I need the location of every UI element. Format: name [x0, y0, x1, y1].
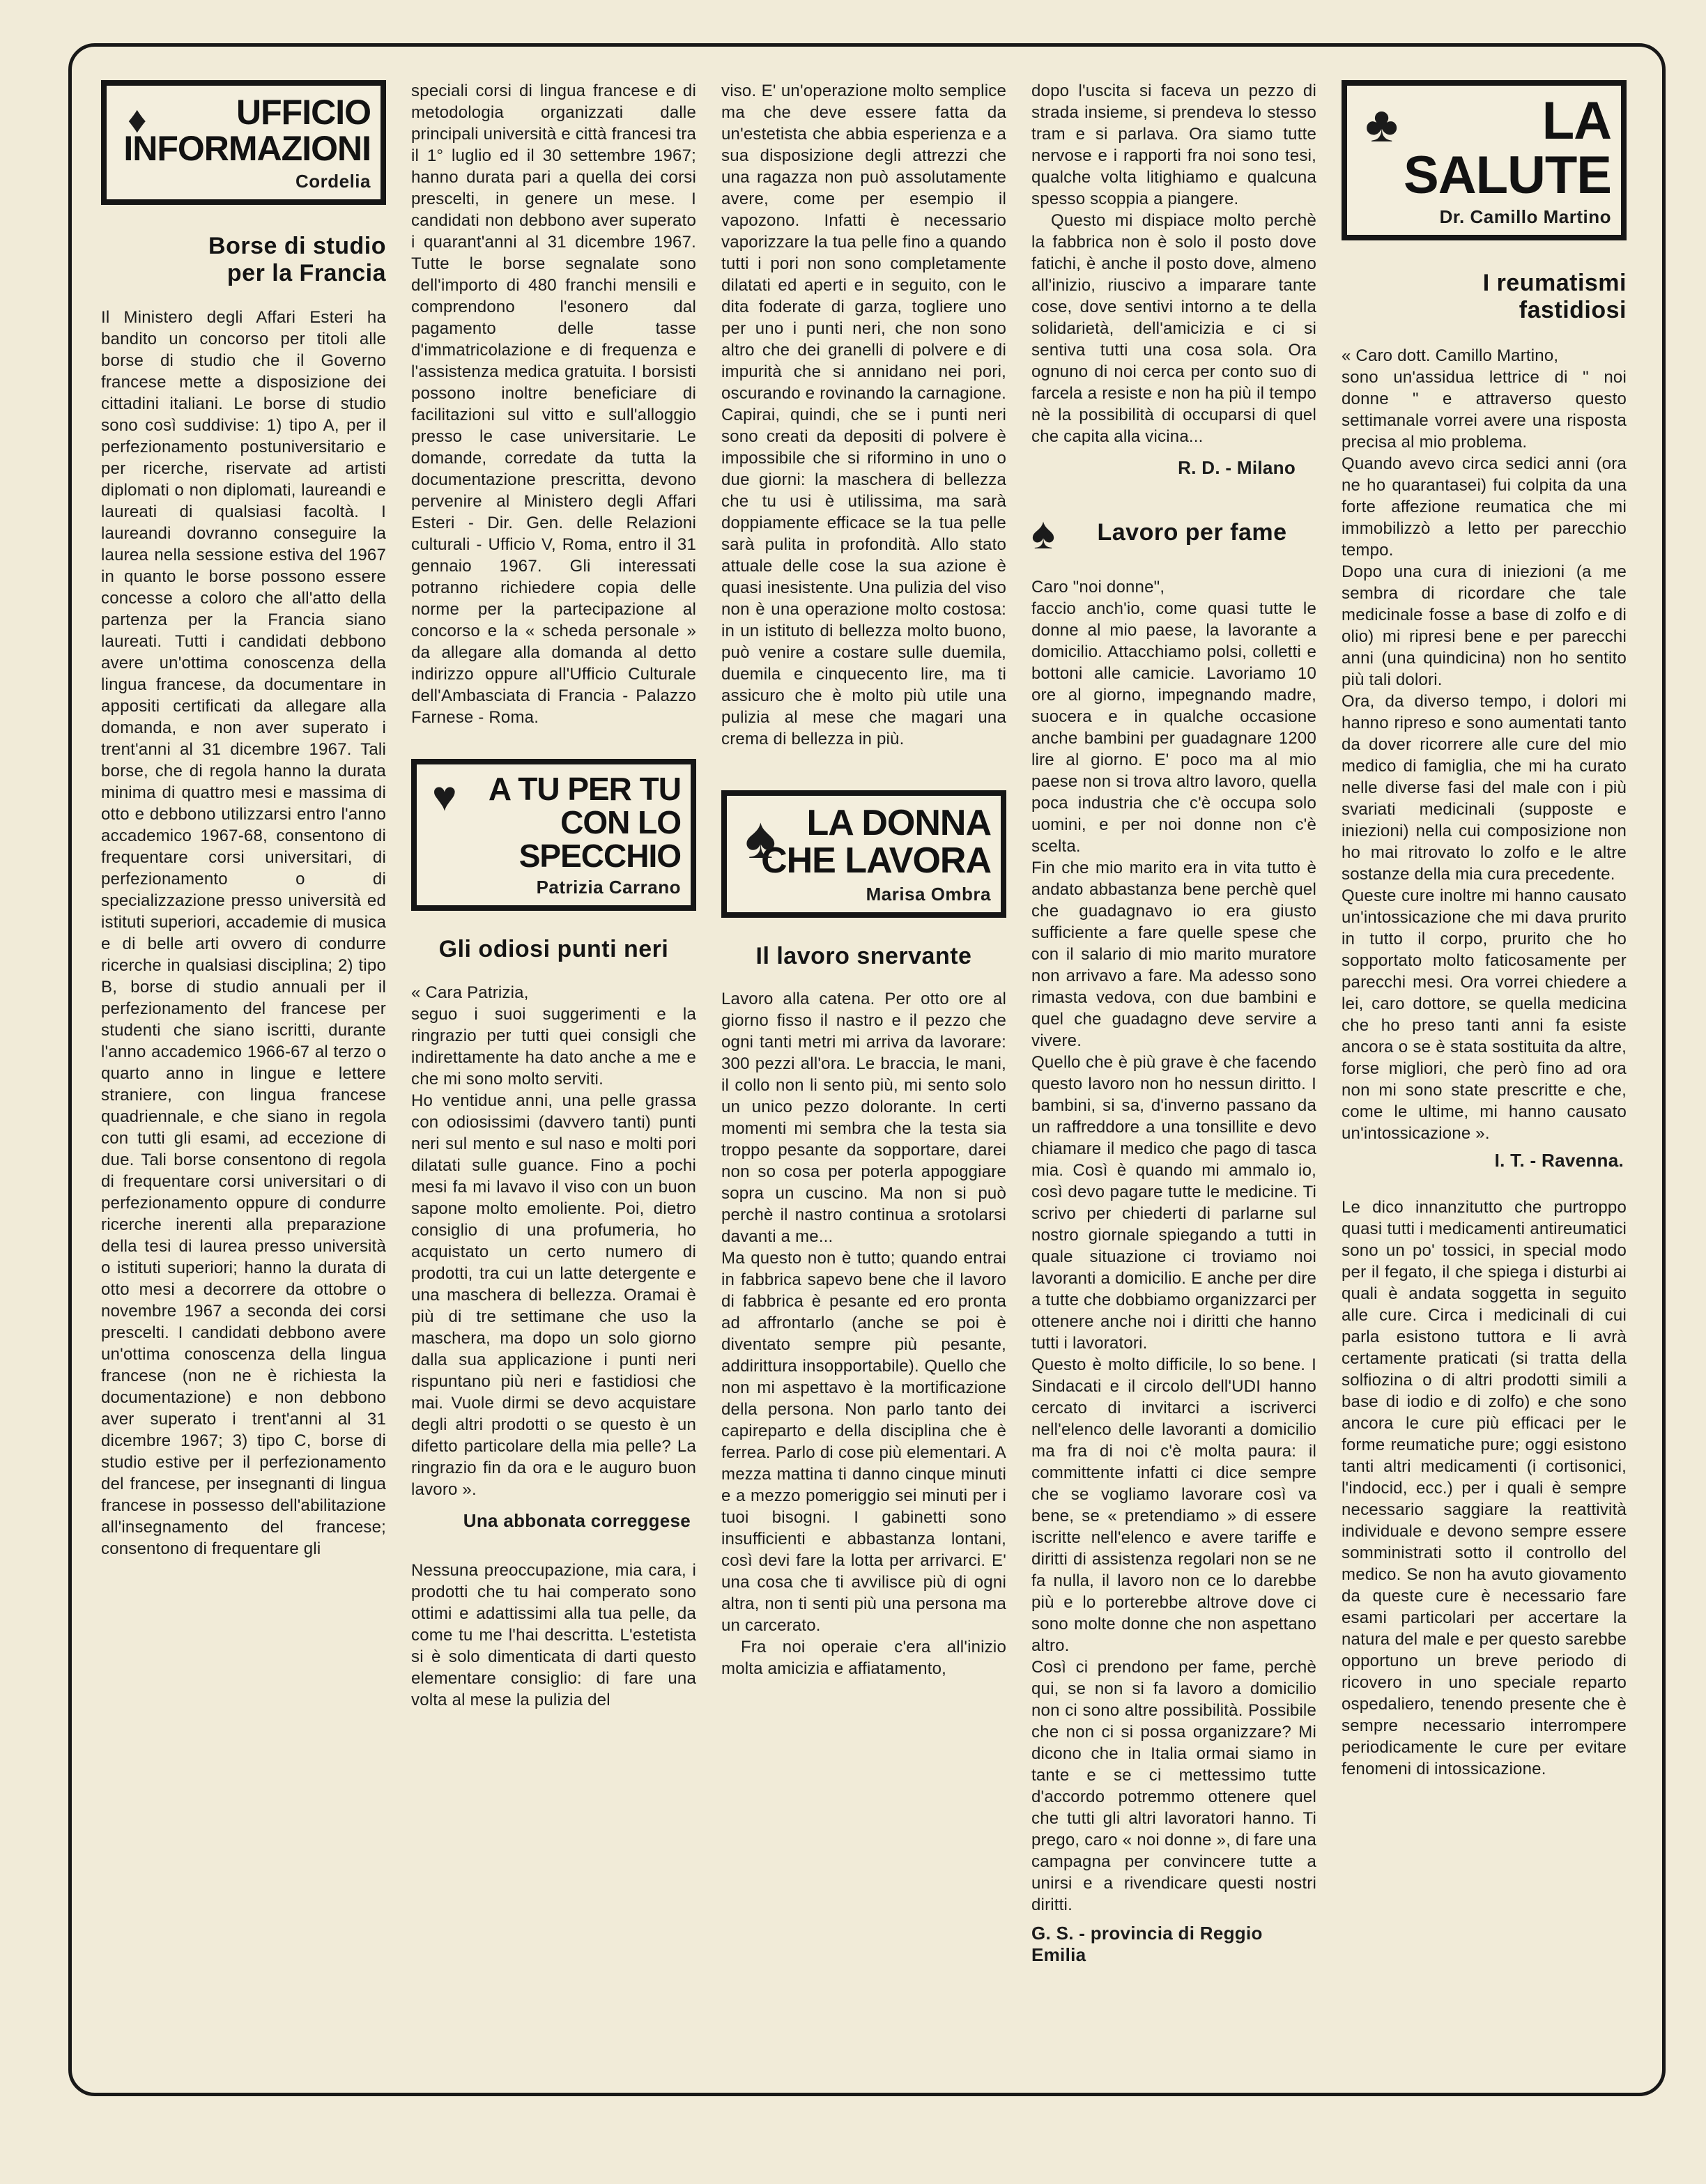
- column-3: viso. E' un'operazione molto semplice ma…: [721, 80, 1006, 2065]
- letter-salutation: « Cara Patrizia,: [411, 982, 696, 1003]
- paragraph: faccio anch'io, come quasi tutte le donn…: [1031, 598, 1316, 857]
- section-byline: Cordelia: [116, 171, 371, 192]
- section-box-la-donna-che-lavora: ♠ LA DONNA CHE LAVORA Marisa Ombra: [721, 790, 1006, 918]
- paragraph: Questo è molto difficile, lo so bene. I …: [1031, 1354, 1316, 1656]
- paragraph: seguo i suoi suggerimenti e la ringrazio…: [411, 1003, 696, 1090]
- reader-letter: « Cara Patrizia, seguo i suoi suggerimen…: [411, 982, 696, 1500]
- section-byline: Marisa Ombra: [737, 884, 991, 905]
- section-box-title-line: UFFICIO: [116, 94, 371, 130]
- letter-signature: G. S. - provincia di Reggio Emilia: [1031, 1923, 1316, 1966]
- paragraph: dopo l'uscita si faceva un pezzo di stra…: [1031, 80, 1316, 210]
- reader-letter-continuation: dopo l'uscita si faceva un pezzo di stra…: [1031, 80, 1316, 447]
- letter-signature: R. D. - Milano: [1031, 457, 1296, 479]
- section-box-title-line: CON LO SPECCHIO: [426, 806, 681, 873]
- section-byline: Dr. Camillo Martino: [1357, 206, 1611, 228]
- letter-signature: Una abbonata correggese: [411, 1510, 691, 1532]
- article-title-line: Borse di studio: [101, 233, 386, 260]
- section-byline: Patrizia Carrano: [426, 877, 681, 898]
- section-box-ufficio-informazioni: ♦ UFFICIO INFORMAZIONI Cordelia: [101, 80, 386, 205]
- section-box-title-line: INFORMAZIONI: [116, 130, 371, 167]
- paragraph: Ma questo non è tutto; quando entrai in …: [721, 1247, 1006, 1636]
- paragraph: Quando avevo circa sedici anni (ora ne h…: [1342, 453, 1627, 561]
- reader-letter: Lavoro alla catena. Per otto ore al gior…: [721, 988, 1006, 1679]
- section-box-la-salute: ♣ LA SALUTE Dr. Camillo Martino: [1342, 80, 1627, 240]
- article-body-continuation: speciali corsi di lingua francese e di m…: [411, 80, 696, 728]
- article-title-line: fastidiosi: [1342, 297, 1627, 324]
- paragraph: Fin che mio marito era in vita tutto è a…: [1031, 857, 1316, 1052]
- reader-letter: « Caro dott. Camillo Martino, sono un'as…: [1342, 345, 1627, 1144]
- paragraph: sono un'assidua lettrice di " noi donne …: [1342, 367, 1627, 453]
- paragraph: speciali corsi di lingua francese e di m…: [411, 80, 696, 728]
- letter-salutation: Caro "noi donne",: [1031, 576, 1316, 598]
- section-box-a-tu-per-tu: ♥ A TU PER TU CON LO SPECCHIO Patrizia C…: [411, 759, 696, 911]
- spade-icon: ♠: [745, 808, 776, 867]
- article-title-punti-neri: Gli odiosi punti neri: [411, 936, 696, 963]
- page-frame: ♦ UFFICIO INFORMAZIONI Cordelia Borse di…: [68, 43, 1666, 2096]
- editor-reply-continuation: viso. E' un'operazione molto semplice ma…: [721, 80, 1006, 750]
- club-icon: ♣: [1365, 100, 1398, 150]
- letter-signature: I. T. - Ravenna.: [1342, 1150, 1624, 1171]
- spade-icon: ♠: [1031, 511, 1055, 555]
- article-title-reumatismi: I reumatismi fastidiosi: [1342, 270, 1627, 324]
- paragraph: Il Ministero degli Affari Esteri ha band…: [101, 307, 386, 1560]
- paragraph: Queste cure inoltre mi hanno causato un'…: [1342, 885, 1627, 1144]
- paragraph: Ora, da diverso tempo, i dolori mi hanno…: [1342, 691, 1627, 885]
- paragraph: Così ci prendono per fame, perchè qui, s…: [1031, 1656, 1316, 1916]
- column-5: ♣ LA SALUTE Dr. Camillo Martino I reumat…: [1342, 80, 1627, 2065]
- paragraph: Lavoro alla catena. Per otto ore al gior…: [721, 988, 1006, 1247]
- diamond-icon: ♦: [128, 101, 147, 139]
- magazine-page-scan: ♦ UFFICIO INFORMAZIONI Cordelia Borse di…: [0, 0, 1706, 2184]
- column-1: ♦ UFFICIO INFORMAZIONI Cordelia Borse di…: [101, 80, 386, 2065]
- column-4: dopo l'uscita si faceva un pezzo di stra…: [1031, 80, 1316, 2065]
- article-title-text: Lavoro per fame: [1068, 519, 1316, 546]
- article-title-borse-di-studio: Borse di studio per la Francia: [101, 233, 386, 287]
- article-title-line: I reumatismi: [1342, 270, 1627, 297]
- paragraph: viso. E' un'operazione molto semplice ma…: [721, 80, 1006, 750]
- paragraph: Questo mi dispiace molto perchè la fabbr…: [1031, 210, 1316, 447]
- section-box-title-line: A TU PER TU: [426, 773, 681, 806]
- editor-reply: Nessuna preoccupazione, mia cara, i prod…: [411, 1560, 696, 1711]
- column-2: speciali corsi di lingua francese e di m…: [411, 80, 696, 2065]
- paragraph: Fra noi operaie c'era all'inizio molta a…: [721, 1636, 1006, 1679]
- doctor-reply: Le dico innanzitutto che purtroppo quasi…: [1342, 1197, 1627, 1780]
- article-title-lavoro-snervante: Il lavoro snervante: [721, 943, 1006, 970]
- paragraph: Nessuna preoccupazione, mia cara, i prod…: [411, 1560, 696, 1711]
- article-title-line: per la Francia: [101, 260, 386, 287]
- paragraph: Dopo una cura di iniezioni (a me sembra …: [1342, 561, 1627, 691]
- section-box-title-line: SALUTE: [1357, 148, 1611, 203]
- letter-salutation: « Caro dott. Camillo Martino,: [1342, 345, 1627, 367]
- heart-icon: ♥: [432, 776, 457, 817]
- reader-letter: Caro "noi donne", faccio anch'io, come q…: [1031, 576, 1316, 1916]
- article-title-lavoro-per-fame: ♠ Lavoro per fame: [1031, 511, 1316, 555]
- article-body: Il Ministero degli Affari Esteri ha band…: [101, 307, 386, 1560]
- paragraph: Ho ventidue anni, una pelle grassa con o…: [411, 1090, 696, 1500]
- paragraph: Quello che è più grave è che facendo que…: [1031, 1052, 1316, 1354]
- paragraph: Le dico innanzitutto che purtroppo quasi…: [1342, 1197, 1627, 1780]
